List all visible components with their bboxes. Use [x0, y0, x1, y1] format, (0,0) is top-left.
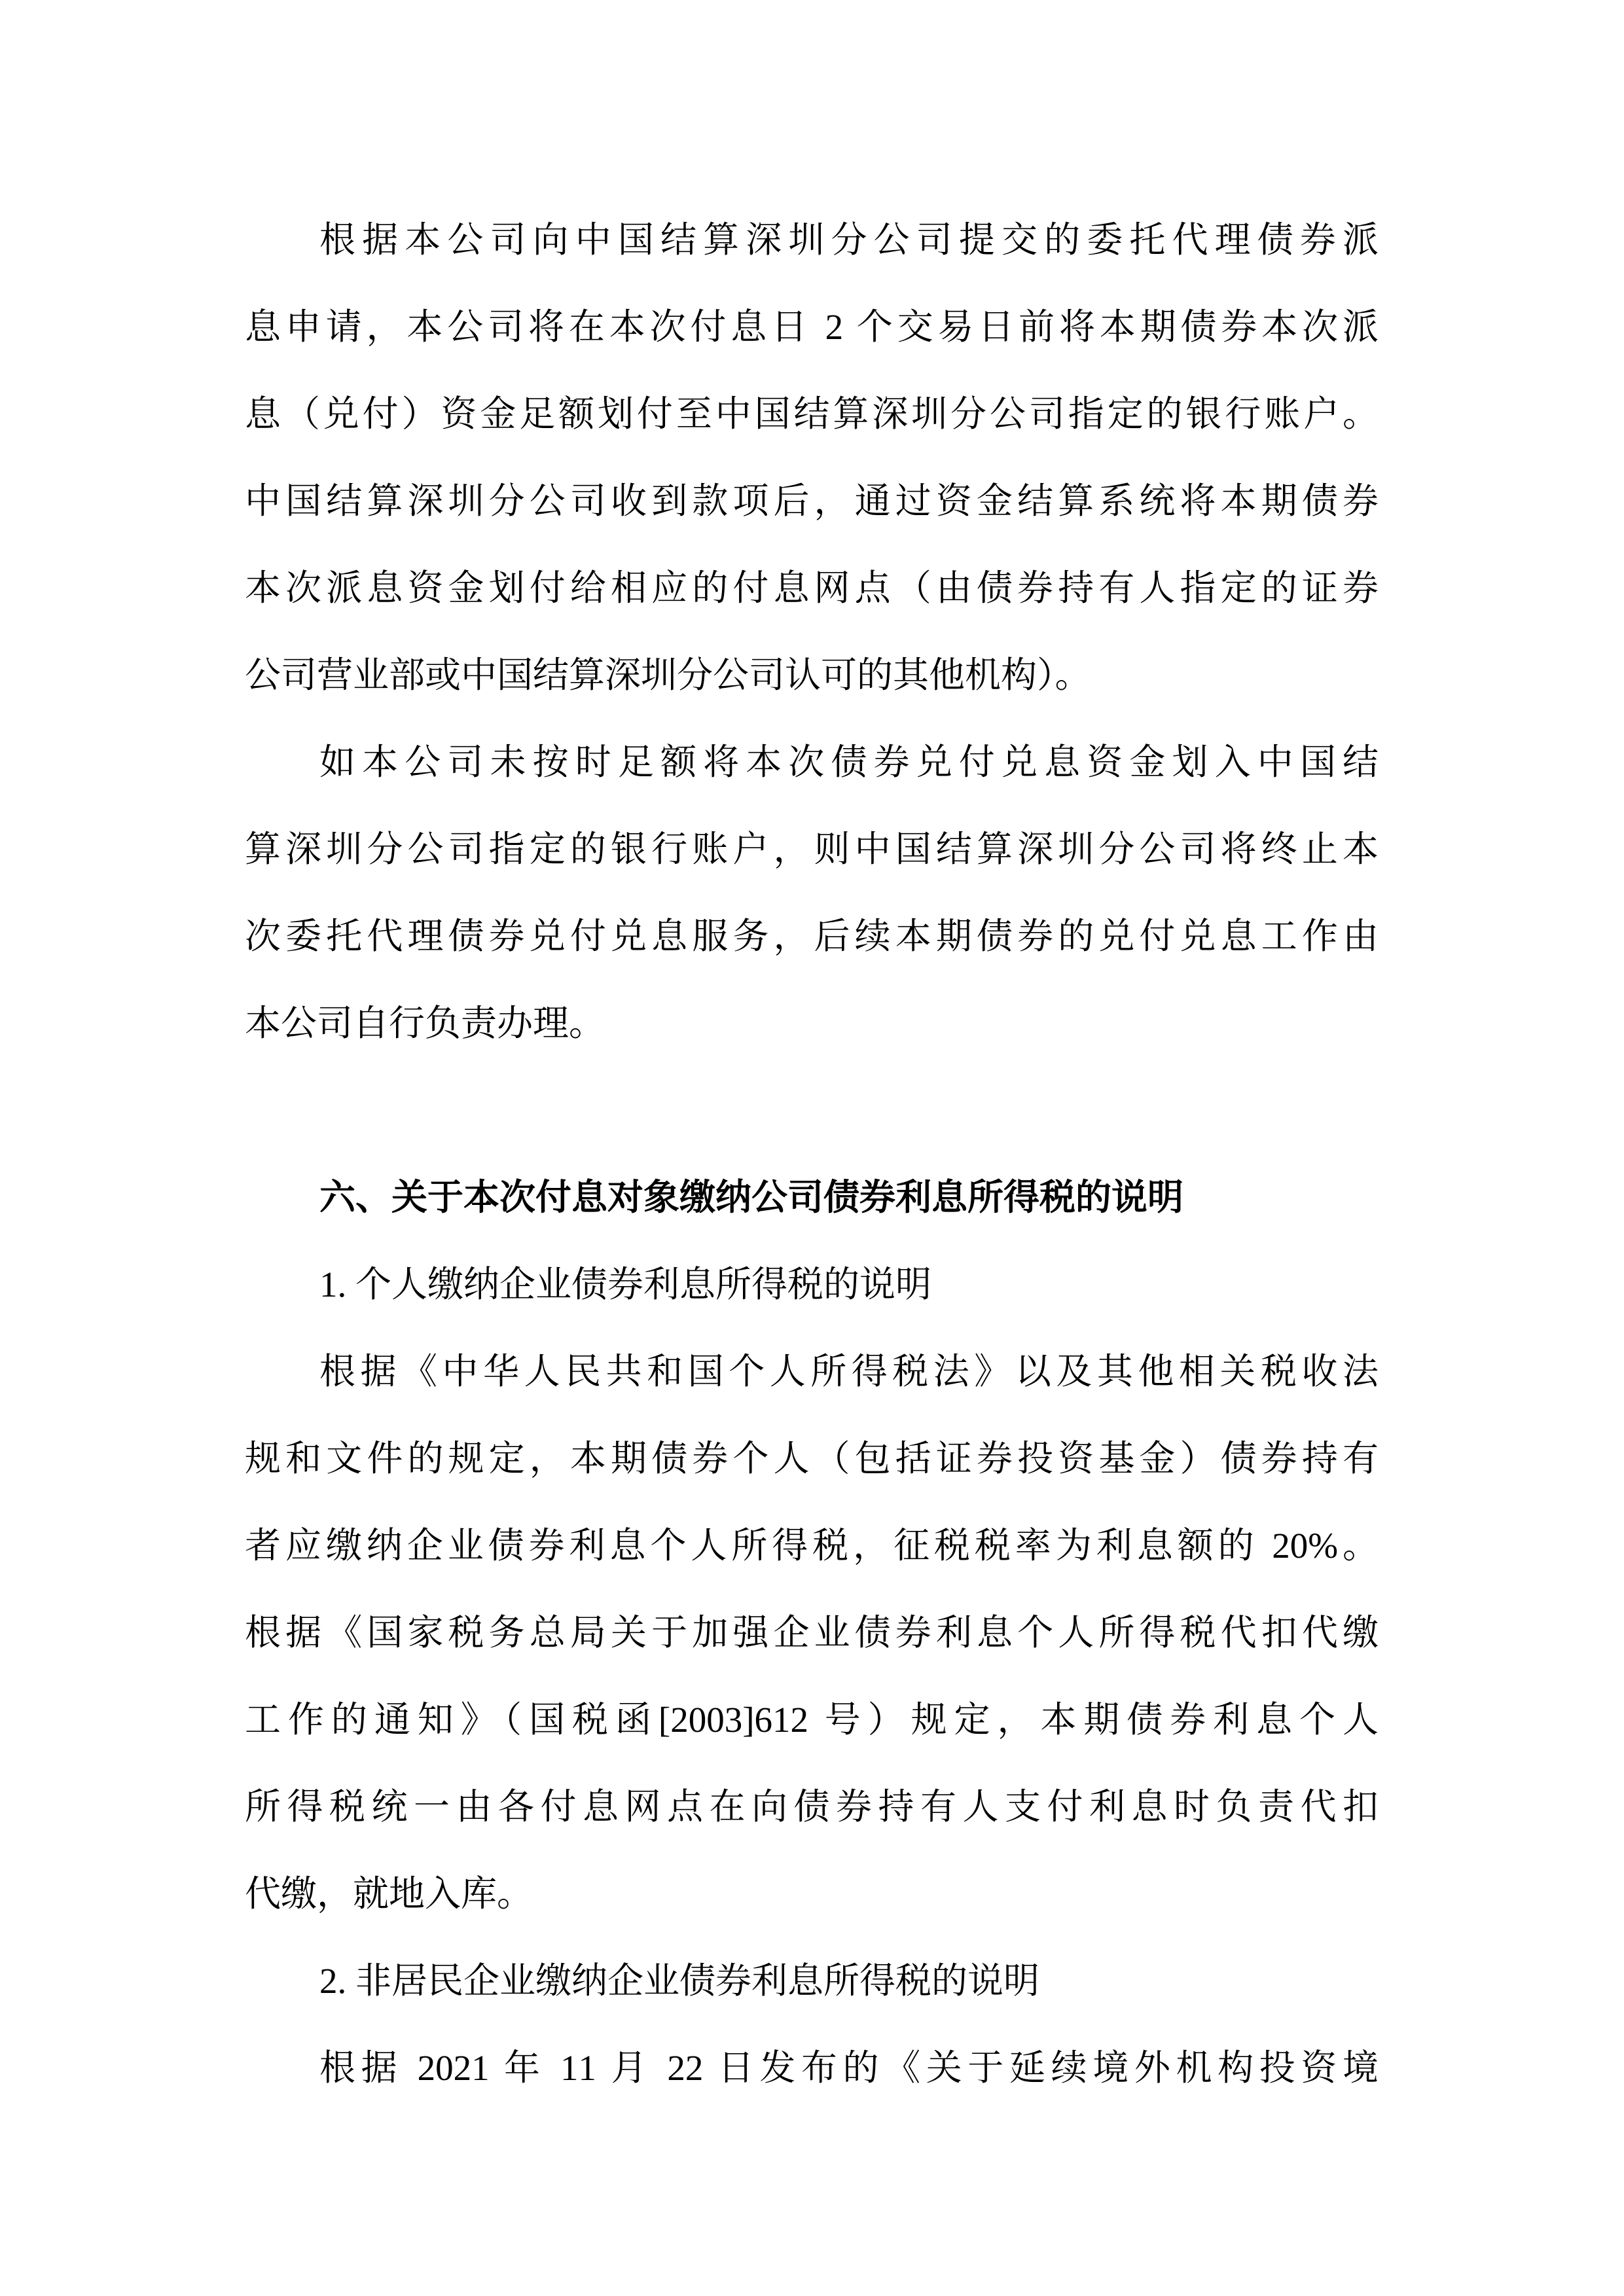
text-line: 次委托代理债券兑付兑息服务，后续本期债券的兑付兑息工作由	[245, 893, 1379, 980]
text-line: 工作的通知》（国税函[2003]612 号）规定，本期债券利息个人	[245, 1676, 1379, 1763]
text-line: 息（兑付）资金足额划付至中国结算深圳分公司指定的银行账户。	[245, 370, 1379, 457]
section-heading: 六、关于本次付息对象缴纳公司债券利息所得税的说明	[245, 1154, 1379, 1241]
text-line: 中国结算深圳分公司收到款项后，通过资金结算系统将本期债券	[245, 457, 1379, 545]
text-line: 息申请，本公司将在本次付息日 2 个交易日前将本期债券本次派	[245, 283, 1379, 370]
subitem-line: 1. 个人缴纳企业债券利息所得税的说明	[245, 1241, 1379, 1328]
text-line: 根据本公司向中国结算深圳分公司提交的委托代理债券派	[245, 196, 1379, 283]
text-line: 代缴，就地入库。	[245, 1850, 1379, 1937]
document-page: 根据本公司向中国结算深圳分公司提交的委托代理债券派息申请，本公司将在本次付息日 …	[0, 0, 1624, 2296]
text-line: 根据《国家税务总局关于加强企业债券利息个人所得税代扣代缴	[245, 1589, 1379, 1676]
text-line: 本公司自行负责办理。	[245, 980, 1379, 1067]
subitem-line: 2. 非居民企业缴纳企业债券利息所得税的说明	[245, 1937, 1379, 2024]
document-text-area: 根据本公司向中国结算深圳分公司提交的委托代理债券派息申请，本公司将在本次付息日 …	[245, 196, 1379, 2111]
text-line: 者应缴纳企业债券利息个人所得税，征税税率为利息额的 20%。	[245, 1502, 1379, 1589]
text-line: 算深圳分公司指定的银行账户，则中国结算深圳分公司将终止本	[245, 806, 1379, 893]
text-line: 根据《中华人民共和国个人所得税法》以及其他相关税收法	[245, 1328, 1379, 1415]
text-line: 公司营业部或中国结算深圳分公司认可的其他机构）。	[245, 632, 1379, 719]
text-line: 本次派息资金划付给相应的付息网点（由债券持有人指定的证券	[245, 545, 1379, 632]
text-line: 根据 2021 年 11 月 22 日发布的《关于延续境外机构投资境	[245, 2024, 1379, 2111]
text-line: 所得税统一由各付息网点在向债券持有人支付利息时负责代扣	[245, 1763, 1379, 1850]
blank-line	[245, 1067, 1379, 1154]
text-line: 如本公司未按时足额将本次债券兑付兑息资金划入中国结	[245, 719, 1379, 806]
text-line: 规和文件的规定，本期债券个人（包括证券投资基金）债券持有	[245, 1415, 1379, 1502]
